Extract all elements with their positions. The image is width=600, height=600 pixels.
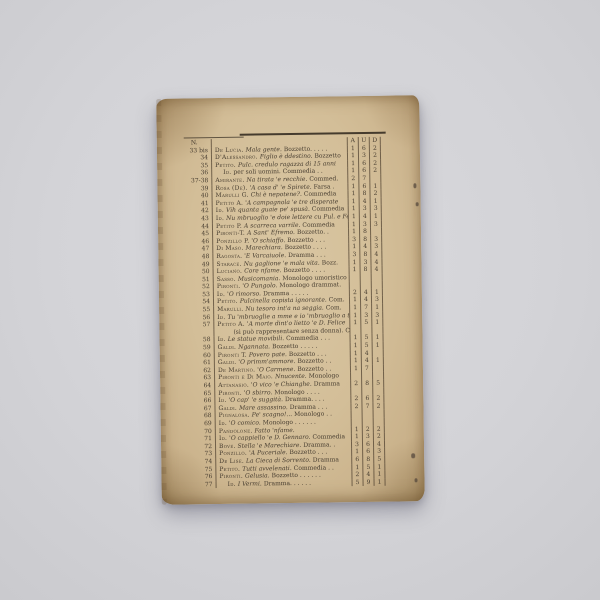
row-col-a — [351, 418, 362, 426]
row-col-d: 3 — [373, 448, 385, 456]
row-author: Attanasio. — [218, 382, 249, 389]
row-col-a: 1 — [348, 205, 359, 213]
row-genre: Monologo — [309, 373, 339, 380]
row-genre: Dramma . . . — [288, 251, 326, 259]
row-genre: Commed. — [309, 175, 338, 182]
row-col-u: 5 — [360, 334, 371, 342]
row-title: Core nfame. — [244, 267, 281, 275]
row-col-d: 3 — [370, 243, 382, 251]
row-col-d: 1 — [373, 471, 385, 479]
row-author: Id. — [218, 336, 226, 343]
row-col-u — [362, 418, 373, 426]
ink-speck — [416, 202, 419, 206]
row-col-d: 5 — [372, 380, 384, 388]
row-author: Id. — [217, 291, 225, 298]
row-title: 'O schiaffo. — [251, 237, 285, 244]
row-col-d — [371, 281, 383, 289]
row-entry: Id.I Vermi.Dramma. . . . . . — [216, 479, 352, 488]
row-col-u: 3 — [358, 152, 369, 160]
row-genre: Monologo . . . . . . — [263, 419, 316, 427]
row-col-a: 5 — [352, 479, 363, 487]
row-col-u: 8 — [359, 228, 370, 236]
row-genre: Commedia . . . — [286, 335, 330, 343]
row-col-u: 6 — [358, 167, 369, 175]
row-col-a: 1 — [347, 160, 358, 168]
row-author: Galdi. — [218, 344, 237, 351]
row-col-a — [351, 410, 362, 418]
row-col-d: 2 — [373, 425, 385, 433]
ink-speck — [415, 478, 418, 482]
row-genre: Bozzetto . . . . — [285, 244, 327, 252]
row-genre: Bozzetto . . . . . . — [272, 472, 321, 480]
row-genre: Bozz. — [322, 259, 338, 266]
row-title: 'O vico 'e Chianghe. — [251, 381, 312, 389]
row-col-a: 1 — [349, 312, 360, 320]
row-title: 'O Pungolo. — [242, 282, 277, 289]
row-genre: Dramma. . . . . . — [264, 479, 311, 487]
row-col-u: 3 — [362, 433, 373, 441]
row-author: De Lise. — [219, 458, 244, 465]
row-genre: Bozzetto. . . . . — [284, 145, 327, 153]
row-title: Fatto 'nfame. — [254, 427, 294, 435]
row-col-d — [372, 349, 384, 357]
row-col-u: 7 — [358, 175, 369, 183]
row-col-u: 3 — [359, 205, 370, 213]
row-col-u: 8 — [360, 266, 371, 274]
row-col-a: 1 — [348, 221, 359, 229]
row-author: Petito A. — [216, 199, 244, 206]
row-author: Pironti e Di Maio. — [218, 374, 273, 382]
row-title: Mala gente. — [246, 146, 282, 154]
row-author: Galdi. — [218, 405, 237, 412]
row-col-d — [372, 365, 384, 373]
row-author: Pironti T. — [218, 351, 247, 358]
row-col-d — [373, 418, 385, 426]
row-col-d — [373, 410, 385, 418]
row-col-d: 1 — [371, 304, 383, 312]
row-col-d: 3 — [371, 311, 383, 319]
row-col-u: 4 — [359, 243, 370, 251]
row-title: Le statue movibili. — [228, 336, 284, 344]
row-col-d — [372, 387, 384, 395]
row-author: De Lucia. — [215, 146, 244, 153]
row-genre: Monologo . . — [294, 411, 332, 419]
row-col-d: 2 — [373, 433, 385, 441]
row-col-u — [360, 327, 371, 335]
row-author: Petito P. — [216, 222, 242, 229]
row-col-d: 3 — [370, 220, 382, 228]
row-number: 77 — [189, 481, 216, 489]
row-col-a: 1 — [347, 183, 358, 191]
row-col-d: 3 — [371, 296, 383, 304]
row-author: Sasso. — [217, 275, 236, 282]
row-title: A Sant' Efremo. — [247, 229, 295, 237]
row-col-d: 2 — [369, 160, 381, 168]
row-genre: Commedia . . — [294, 464, 334, 472]
row-title: 'O primm'ammore. — [238, 358, 295, 366]
row-col-a: 1 — [347, 167, 358, 175]
row-genre: Monologo . . . . — [274, 388, 320, 396]
row-col-a: 2 — [350, 395, 361, 403]
row-col-a: 2 — [350, 380, 361, 388]
row-col-a: 1 — [350, 350, 361, 358]
row-col-a: 1 — [348, 198, 359, 206]
book-page: N. A U D 33 bisDe Lucia.Mala gente.Bozze… — [156, 95, 425, 505]
row-genre: Commedia — [312, 206, 345, 213]
row-genre: Dramma — [314, 380, 340, 387]
row-title: 'E Varcaiuole. — [244, 252, 286, 260]
row-author: Starace. — [216, 260, 241, 267]
row-col-d: 2 — [372, 402, 384, 410]
row-col-d: 2 — [369, 167, 381, 175]
row-col-d: 5 — [373, 456, 385, 464]
plays-index-table: N. A U D 33 bisDe Lucia.Mala gente.Bozze… — [184, 130, 386, 489]
row-title: Marechiara. — [245, 244, 282, 252]
row-author: Id. — [219, 420, 227, 427]
row-author: Ponzillo. — [219, 450, 247, 457]
row-author: Id. — [219, 435, 227, 442]
row-col-u: 5 — [360, 319, 371, 327]
row-col-d: 3 — [370, 205, 382, 213]
row-author: Bove. — [219, 443, 236, 450]
row-col-a: 3 — [348, 251, 359, 259]
row-col-a: 1 — [349, 319, 360, 327]
row-genre: Dramma . . . — [290, 403, 328, 411]
row-col-d: 4 — [371, 266, 383, 274]
row-title: Musicomania. — [238, 275, 281, 283]
row-col-a: 3 — [351, 441, 362, 449]
row-col-u: 8 — [362, 456, 373, 464]
row-author: Pironti-T. — [216, 230, 245, 237]
row-genre: Com. — [329, 297, 345, 304]
row-genre: Dramma. . — [303, 441, 335, 448]
row-col-a: 1 — [347, 190, 358, 198]
row-col-a: 1 — [350, 365, 361, 373]
row-col-a: 3 — [348, 236, 359, 244]
row-col-a: 1 — [347, 152, 358, 160]
row-author: Id. — [216, 215, 224, 222]
row-col-u: 8 — [361, 380, 372, 388]
photo-background: N. A U D 33 bisDe Lucia.Mala gente.Bozze… — [0, 0, 600, 600]
row-col-u: 5 — [362, 463, 373, 471]
row-col-a — [349, 327, 360, 335]
row-author: D'Alessandro. — [215, 154, 258, 162]
row-col-d: 1 — [371, 289, 383, 297]
row-col-u — [360, 281, 371, 289]
row-col-u: 6 — [361, 395, 372, 403]
row-col-u: 7 — [360, 304, 371, 312]
row-author: Id. — [216, 207, 224, 214]
row-author: Pandolone. — [219, 427, 253, 434]
row-genre: Commedia — [312, 433, 345, 440]
row-col-u: 4 — [362, 471, 373, 479]
row-col-d: 1 — [370, 197, 382, 205]
row-col-a: 1 — [348, 228, 359, 236]
row-author: Pignalosa. — [219, 412, 250, 419]
row-col-u: 8 — [359, 251, 370, 259]
row-genre: Com. — [326, 304, 342, 311]
row-author: Id. — [217, 314, 225, 321]
row-col-u: 6 — [362, 448, 373, 456]
row-title: 'O rimorso. — [227, 290, 261, 297]
row-col-a: 1 — [350, 357, 361, 365]
row-author: Di Maso. — [216, 245, 243, 252]
row-col-a — [349, 274, 360, 282]
row-title: Ngannata. — [238, 343, 270, 350]
row-author: Galdi. — [218, 359, 237, 366]
row-title: A scarreca varrile. — [244, 221, 300, 229]
row-col-u: 4 — [361, 349, 372, 357]
row-author: Id. — [218, 397, 226, 404]
row-col-u: 2 — [362, 425, 373, 433]
row-title: I Vermi. — [238, 480, 262, 487]
row-col-u: 7 — [361, 365, 372, 373]
row-col-u: 3 — [360, 312, 371, 320]
row-col-d: 2 — [369, 152, 381, 160]
row-author: Id. — [223, 169, 231, 176]
row-genre: Commedia — [304, 191, 337, 198]
row-genre: Bozzetto . . — [297, 365, 331, 372]
row-title: Povero pate. — [249, 351, 287, 359]
row-genre: Dramma. . . . — [285, 396, 325, 404]
row-genre: Bozzetto . . . — [289, 449, 327, 457]
row-col-u: 6 — [358, 182, 369, 190]
row-col-a: 2 — [347, 175, 358, 183]
row-author: Petito. — [217, 298, 238, 305]
row-col-u — [362, 410, 373, 418]
row-genre: Bozzetto . . . — [287, 236, 325, 244]
row-author: Luciano. — [217, 268, 243, 275]
row-genre: Farsa . — [314, 183, 335, 190]
row-author: Amirante. — [215, 177, 244, 184]
row-col-a — [350, 372, 361, 380]
row-title: Nnucente. — [275, 373, 307, 380]
row-col-u: 7 — [361, 403, 372, 411]
row-col-u: 8 — [359, 236, 370, 244]
row-author: Rosa (De). — [215, 184, 247, 191]
row-col-a: 1 — [351, 426, 362, 434]
row-title: 'O comico. — [229, 419, 261, 426]
row-title: Na tirata 'e recchie. — [246, 176, 307, 184]
row-author: Id. — [228, 481, 236, 488]
row-col-a: 6 — [351, 456, 362, 464]
row-author: Pironti. — [219, 473, 243, 480]
row-col-u: 6 — [358, 144, 369, 152]
row-col-a: 1 — [351, 464, 362, 472]
row-col-u: 4 — [360, 296, 371, 304]
row-col-d: 1 — [371, 319, 383, 327]
row-col-d — [371, 327, 383, 335]
header-col-a: A — [347, 137, 358, 145]
row-title: Gelusia. — [245, 472, 270, 479]
row-col-d: 3 — [370, 235, 382, 243]
header-col-u: U — [358, 137, 369, 145]
row-genre: Monologo drammat. — [279, 282, 341, 290]
row-title: 'O Carmene. — [257, 366, 295, 374]
row-col-u: 8 — [358, 190, 369, 198]
row-author: De Martino. — [218, 366, 255, 374]
row-title: Pe' scagno!... — [252, 411, 292, 419]
row-col-u — [361, 372, 372, 380]
row-col-a: 1 — [350, 342, 361, 350]
row-col-u: 3 — [359, 258, 370, 266]
row-col-d: 1 — [373, 463, 385, 471]
row-genre: Bozzetto . . . . — [283, 267, 325, 275]
row-col-u: 5 — [361, 342, 372, 350]
row-col-u: 4 — [361, 357, 372, 365]
row-title: Chi è nepotene?. — [251, 191, 302, 199]
row-genre: Monologo umoristico — [282, 274, 347, 282]
row-title: Tutti avvelenati. — [242, 465, 292, 473]
row-title: 'O sbirro. — [244, 389, 273, 396]
row-col-d: 2 — [369, 144, 381, 152]
row-col-d: 1 — [371, 334, 383, 342]
row-author: Ragosta. — [216, 253, 242, 260]
row-col-d: 1 — [374, 478, 386, 486]
page-deckle-edge — [156, 99, 167, 505]
table-row: 77Id.I Vermi.Dramma. . . . . .591 — [189, 478, 386, 488]
row-genre: Commedia — [302, 221, 335, 228]
row-col-a: 1 — [349, 296, 360, 304]
row-genre: Bozzetto . . — [297, 358, 331, 365]
row-genre: Bozzetto. . — [297, 229, 329, 236]
row-col-d — [372, 372, 384, 380]
row-col-a — [349, 281, 360, 289]
row-author: Petito A. — [217, 321, 245, 328]
row-genre: Dramma — [313, 456, 339, 463]
row-col-u — [361, 387, 372, 395]
row-col-u — [360, 274, 371, 282]
row-col-u: 6 — [362, 441, 373, 449]
row-col-a — [350, 388, 361, 396]
row-author: Marulli G. — [215, 192, 248, 199]
row-col-a: 2 — [350, 403, 361, 411]
row-genre: Dramma . . . . . — [263, 290, 308, 298]
row-col-u: 4 — [360, 289, 371, 297]
row-col-u: 4 — [359, 213, 370, 221]
row-col-a: 1 — [349, 266, 360, 274]
row-col-a: 1 — [347, 145, 358, 153]
row-col-u: 9 — [363, 479, 374, 487]
row-col-d: 4 — [370, 251, 382, 259]
row-col-d: 1 — [372, 342, 384, 350]
row-col-a: 1 — [348, 243, 359, 251]
row-col-a: 2 — [349, 289, 360, 297]
row-title: Mare assassino. — [239, 404, 288, 412]
row-col-a: 2 — [351, 471, 362, 479]
row-title: Stella 'e Marechiare. — [238, 442, 302, 450]
ink-speck — [411, 453, 415, 458]
row-col-d — [370, 228, 382, 236]
row-col-a: 1 — [349, 334, 360, 342]
row-col-u: 4 — [359, 198, 370, 206]
row-genre: Bozzetto — [314, 152, 340, 159]
row-author: Pironti. — [217, 283, 241, 290]
row-col-a: 1 — [351, 433, 362, 441]
row-title: 'A Puceriale. — [249, 449, 288, 457]
row-author: Pironti. — [218, 389, 242, 396]
row-title: 'A casa d' 'e Spirete. — [250, 183, 312, 191]
row-author: Ponzillo P. — [216, 237, 249, 244]
row-genre: Bozzetto . . . . . — [272, 343, 317, 351]
row-col-d: 1 — [372, 357, 384, 365]
row-col-u: 3 — [359, 220, 370, 228]
row-col-d: 2 — [372, 395, 384, 403]
row-title: La Cieca di Sorrento. — [246, 457, 311, 465]
row-col-a: 1 — [348, 213, 359, 221]
row-col-d: 4 — [370, 258, 382, 266]
row-col-a: 1 — [349, 304, 360, 312]
table-rows: 33 bisDe Lucia.Mala gente.Bozzetto. . . … — [184, 144, 386, 488]
row-title: Figlio è ddestino. — [260, 153, 313, 161]
row-author: Marulli. — [217, 306, 243, 313]
row-col-d: 1 — [370, 213, 382, 221]
row-col-d: 4 — [373, 440, 385, 448]
row-col-a: 1 — [348, 259, 359, 267]
row-col-d: 1 — [369, 182, 381, 190]
row-col-d — [369, 175, 381, 183]
row-title: 'O cap' 'e suggità. — [229, 396, 283, 404]
row-author: Petito. — [219, 465, 240, 472]
row-col-d: 2 — [369, 190, 381, 198]
row-col-u: 6 — [358, 160, 369, 168]
ink-speck — [413, 183, 416, 188]
header-col-d: D — [369, 137, 381, 145]
row-genre: Bozzetto . . . — [289, 350, 327, 358]
row-author: Petito. — [215, 162, 236, 169]
row-col-d — [371, 273, 383, 281]
row-col-a: 1 — [351, 448, 362, 456]
